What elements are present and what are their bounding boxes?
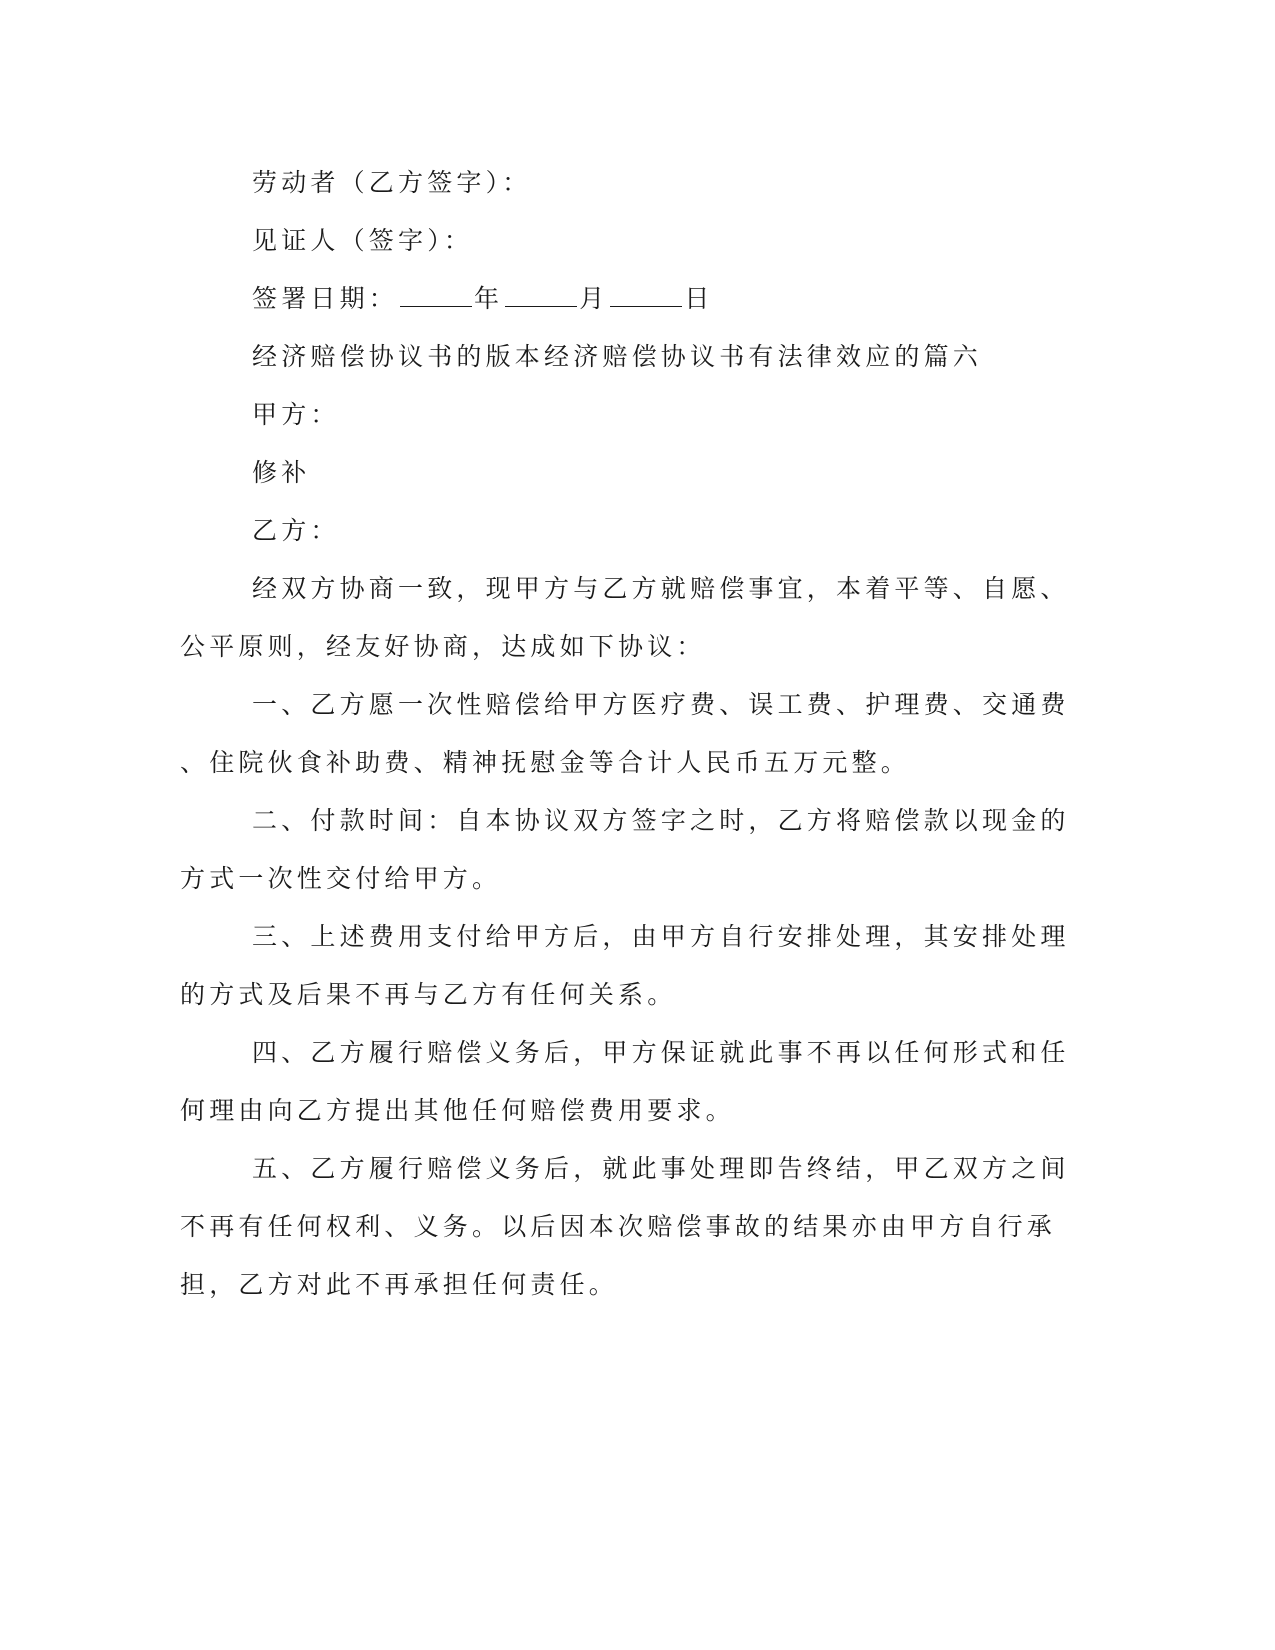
year-label: 年 bbox=[474, 284, 503, 313]
worker-signature-line: 劳动者（乙方签字）： bbox=[252, 163, 532, 203]
section-title: 经济赔偿协议书的版本经济赔偿协议书有法律效应的篇六 bbox=[252, 337, 982, 377]
witness-signature-line: 见证人（签字）： bbox=[252, 221, 473, 261]
day-blank bbox=[610, 282, 682, 307]
date-label: 签署日期： bbox=[252, 284, 398, 313]
clause-3-line-1: 三、上述费用支付给甲方后，由甲方自行安排处理，其安排处理 bbox=[252, 917, 1070, 957]
year-blank bbox=[400, 282, 472, 307]
preamble-line-2: 公平原则，经友好协商，达成如下协议： bbox=[180, 627, 706, 667]
party-a-label: 甲方： bbox=[252, 395, 340, 435]
month-blank bbox=[505, 282, 577, 307]
clause-1-line-1: 一、乙方愿一次性赔偿给甲方医疗费、误工费、护理费、交通费 bbox=[252, 685, 1070, 725]
party-b-label: 乙方： bbox=[252, 511, 340, 551]
clause-5-line-2: 不再有任何权利、义务。以后因本次赔偿事故的结果亦由甲方自行承 bbox=[180, 1207, 1056, 1247]
clause-2-line-1: 二、付款时间：自本协议双方签字之时，乙方将赔偿款以现金的 bbox=[252, 801, 1070, 841]
clause-4-line-1: 四、乙方履行赔偿义务后，甲方保证就此事不再以任何形式和任 bbox=[252, 1033, 1070, 1073]
clause-5-line-1: 五、乙方履行赔偿义务后，就此事处理即告终结，甲乙双方之间 bbox=[252, 1149, 1070, 1189]
clause-5-line-3: 担，乙方对此不再承担任何责任。 bbox=[180, 1265, 618, 1305]
clause-3-line-2: 的方式及后果不再与乙方有任何关系。 bbox=[180, 975, 676, 1015]
clause-4-line-2: 何理由向乙方提出其他任何赔偿费用要求。 bbox=[180, 1091, 735, 1131]
note-text: 修补 bbox=[252, 453, 310, 493]
clause-1-line-2: 、住院伙食补助费、精神抚慰金等合计人民币五万元整。 bbox=[180, 743, 910, 783]
signing-date-line: 签署日期：年月日 bbox=[252, 279, 714, 319]
month-label: 月 bbox=[579, 284, 608, 313]
preamble-line-1: 经双方协商一致，现甲方与乙方就赔偿事宜，本着平等、自愿、 bbox=[252, 569, 1070, 609]
clause-2-line-2: 方式一次性交付给甲方。 bbox=[180, 859, 501, 899]
day-label: 日 bbox=[684, 284, 713, 313]
